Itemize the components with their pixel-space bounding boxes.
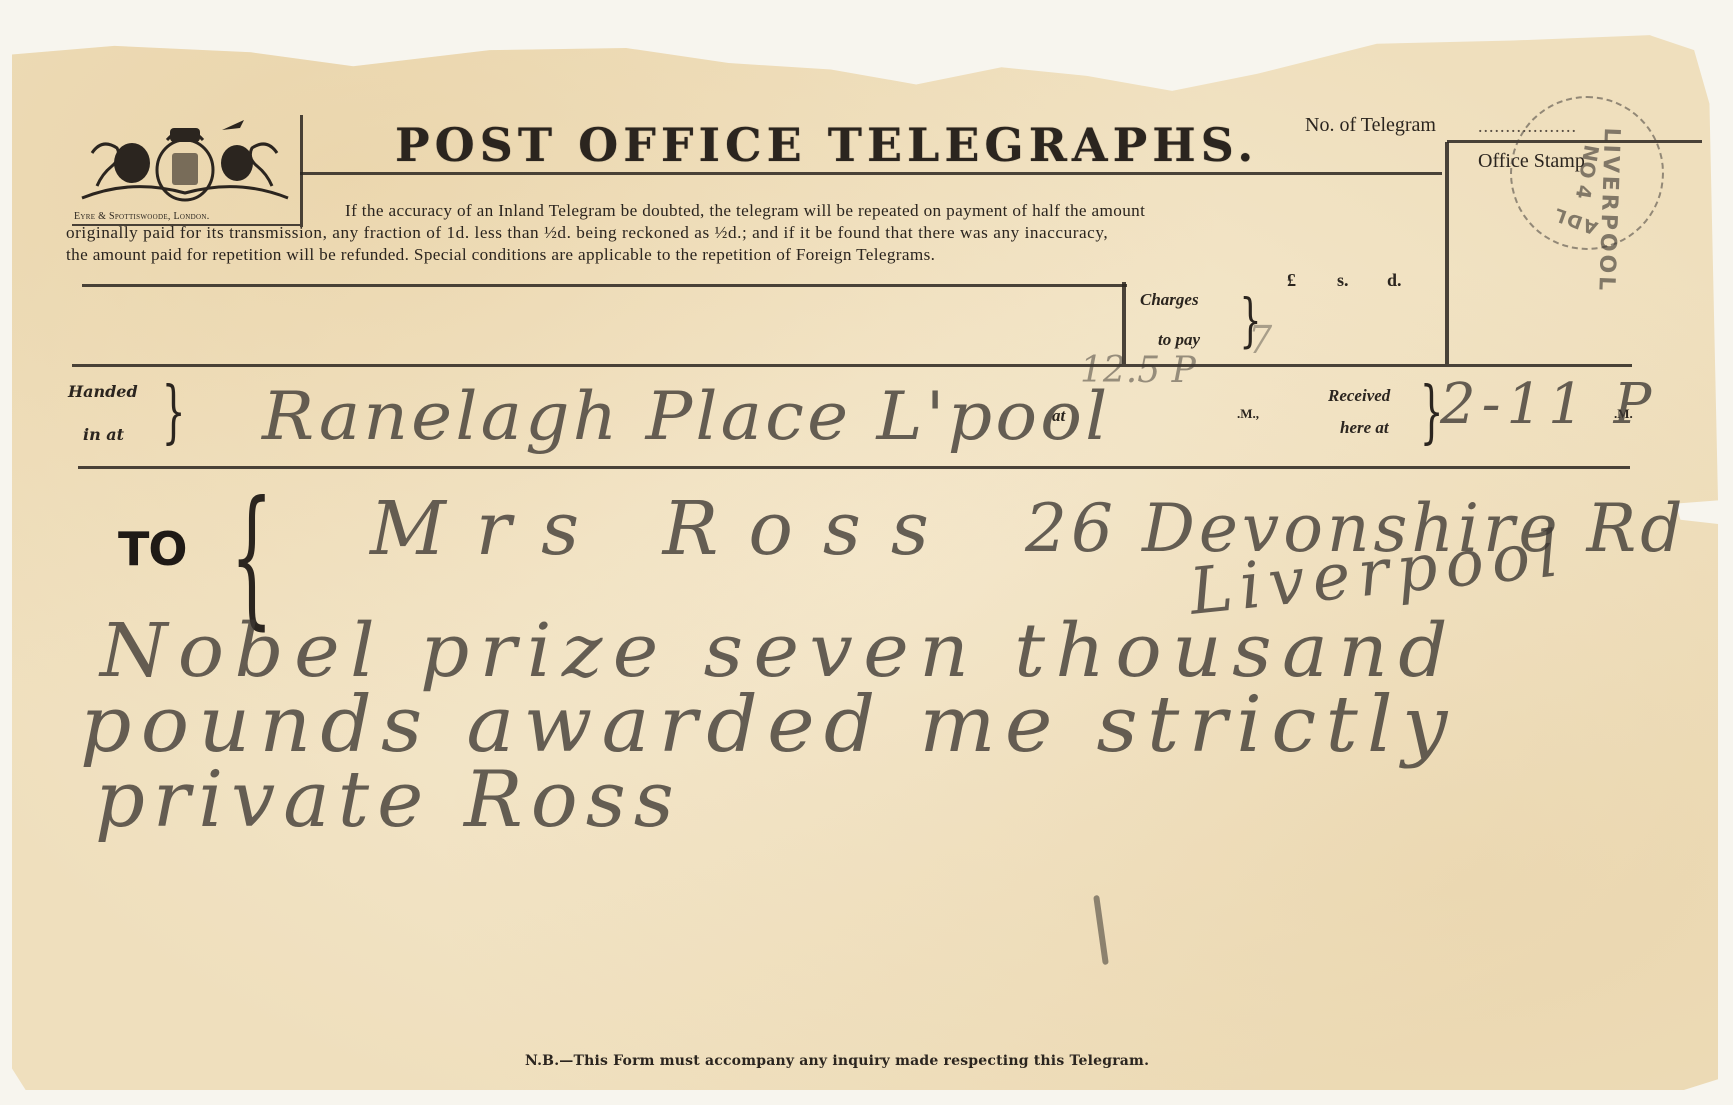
telegram-number-label: No. of Telegram <box>1305 114 1436 137</box>
charges-label-line-2: to pay <box>1158 330 1200 350</box>
charges-section-top-line <box>82 284 1127 287</box>
postmark-office: ADL <box>1550 203 1601 239</box>
stamp-box-left-line <box>1445 142 1449 364</box>
shillings-column-label: s. <box>1337 270 1349 291</box>
charges-handwritten: 7 <box>1248 318 1272 362</box>
footer-note: N.B.—This Form must accompany any inquir… <box>525 1053 1149 1069</box>
meridiem-label: .M., <box>1237 406 1259 422</box>
postmark-stamp: LIVERPOOL NO 4 ADL <box>1510 96 1664 250</box>
crest-box-right-line <box>300 115 303 227</box>
printer-imprint: Eyre & Spottiswoode, London. <box>74 211 210 222</box>
handed-in-brace: } <box>162 373 186 452</box>
charges-label-line-1: Charges <box>1140 290 1199 310</box>
conditions-line-1: If the accuracy of an Inland Telegram be… <box>345 201 1145 221</box>
conditions-line-3: the amount paid for repetition will be r… <box>66 245 935 265</box>
addressee-handwritten: Mrs Ross <box>370 486 959 572</box>
received-label-line-1: Received <box>1328 386 1390 406</box>
royal-coat-of-arms-icon <box>72 118 298 210</box>
received-time-handwritten: 2-11 P <box>1440 372 1657 437</box>
handed-in-label-line-1: Handed <box>68 382 138 401</box>
handed-in-top-line <box>72 364 1632 367</box>
handed-in-bottom-line <box>78 466 1630 469</box>
handed-in-office-handwritten: Ranelagh Place L'pool <box>262 378 1110 455</box>
pounds-column-label: £ <box>1287 270 1296 291</box>
form-title: POST OFFICE TELEGRAPHS. <box>395 118 1258 172</box>
message-line-3: private Ross <box>95 755 682 845</box>
handed-in-time-handwritten: 12.5 P <box>1080 350 1196 391</box>
received-label-line-2: here at <box>1340 418 1389 438</box>
title-underline <box>300 172 1442 175</box>
handed-in-label-line-2: in at <box>83 425 124 444</box>
conditions-line-2: originally paid for its transmission, an… <box>66 223 1108 243</box>
pence-column-label: d. <box>1387 270 1402 291</box>
to-label: TO <box>118 522 186 576</box>
